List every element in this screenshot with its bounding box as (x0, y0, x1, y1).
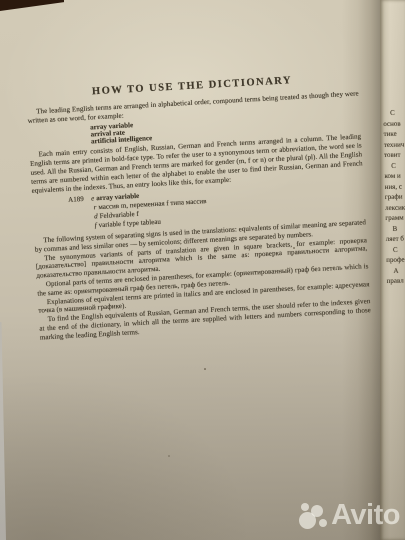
photo-speck (293, 247, 295, 249)
cyrillic-fragment: С (383, 107, 405, 118)
cyrillic-fragment: А (386, 265, 405, 276)
cyrillic-fragment: тике (383, 128, 405, 139)
cyrillic-fragment: графи (385, 191, 405, 202)
page-stack-edge (0, 322, 6, 540)
lang-marker-german: d (94, 212, 98, 220)
cyrillic-fragment: технич (384, 139, 405, 150)
cyrillic-fragment: С (386, 244, 405, 255)
cyrillic-fragment: основ (383, 118, 405, 129)
cyrillic-fragment: профе (386, 254, 405, 265)
photo-speck (204, 368, 206, 370)
cyrillic-fragment: товит (384, 149, 405, 160)
book-photo: HOW TO USE THE DICTIONARY The leading En… (0, 0, 405, 540)
lang-marker-russian: r (93, 204, 96, 212)
lang-marker-french: f (94, 221, 96, 229)
avito-logo-icon (299, 502, 328, 530)
avito-watermark: Avito (299, 501, 400, 530)
cyrillic-fragment: правл (387, 275, 405, 286)
cyrillic-fragment: грамм (385, 212, 405, 223)
cyrillic-fragment: лексик (385, 202, 405, 213)
avito-watermark-text: Avito (331, 501, 400, 530)
left-page-text: HOW TO USE THE DICTIONARY The leading En… (26, 71, 372, 342)
cyrillic-fragment: ляет б (386, 233, 405, 244)
right-page-sliver: Сосновтикетехничтовит Ском иния, сграфил… (380, 0, 405, 540)
cyrillic-fragment: С (384, 160, 405, 171)
table-background-corner (0, 0, 64, 12)
right-page-fragments: Сосновтикетехничтовит Ском иния, сграфил… (383, 107, 405, 286)
photo-speck (168, 455, 170, 457)
entry-code: A189 (68, 195, 91, 205)
cyrillic-fragment: ком и (384, 170, 405, 181)
cyrillic-fragment: ния, с (385, 181, 405, 192)
lang-marker-english: e (91, 195, 95, 203)
cyrillic-fragment: В (385, 223, 405, 234)
